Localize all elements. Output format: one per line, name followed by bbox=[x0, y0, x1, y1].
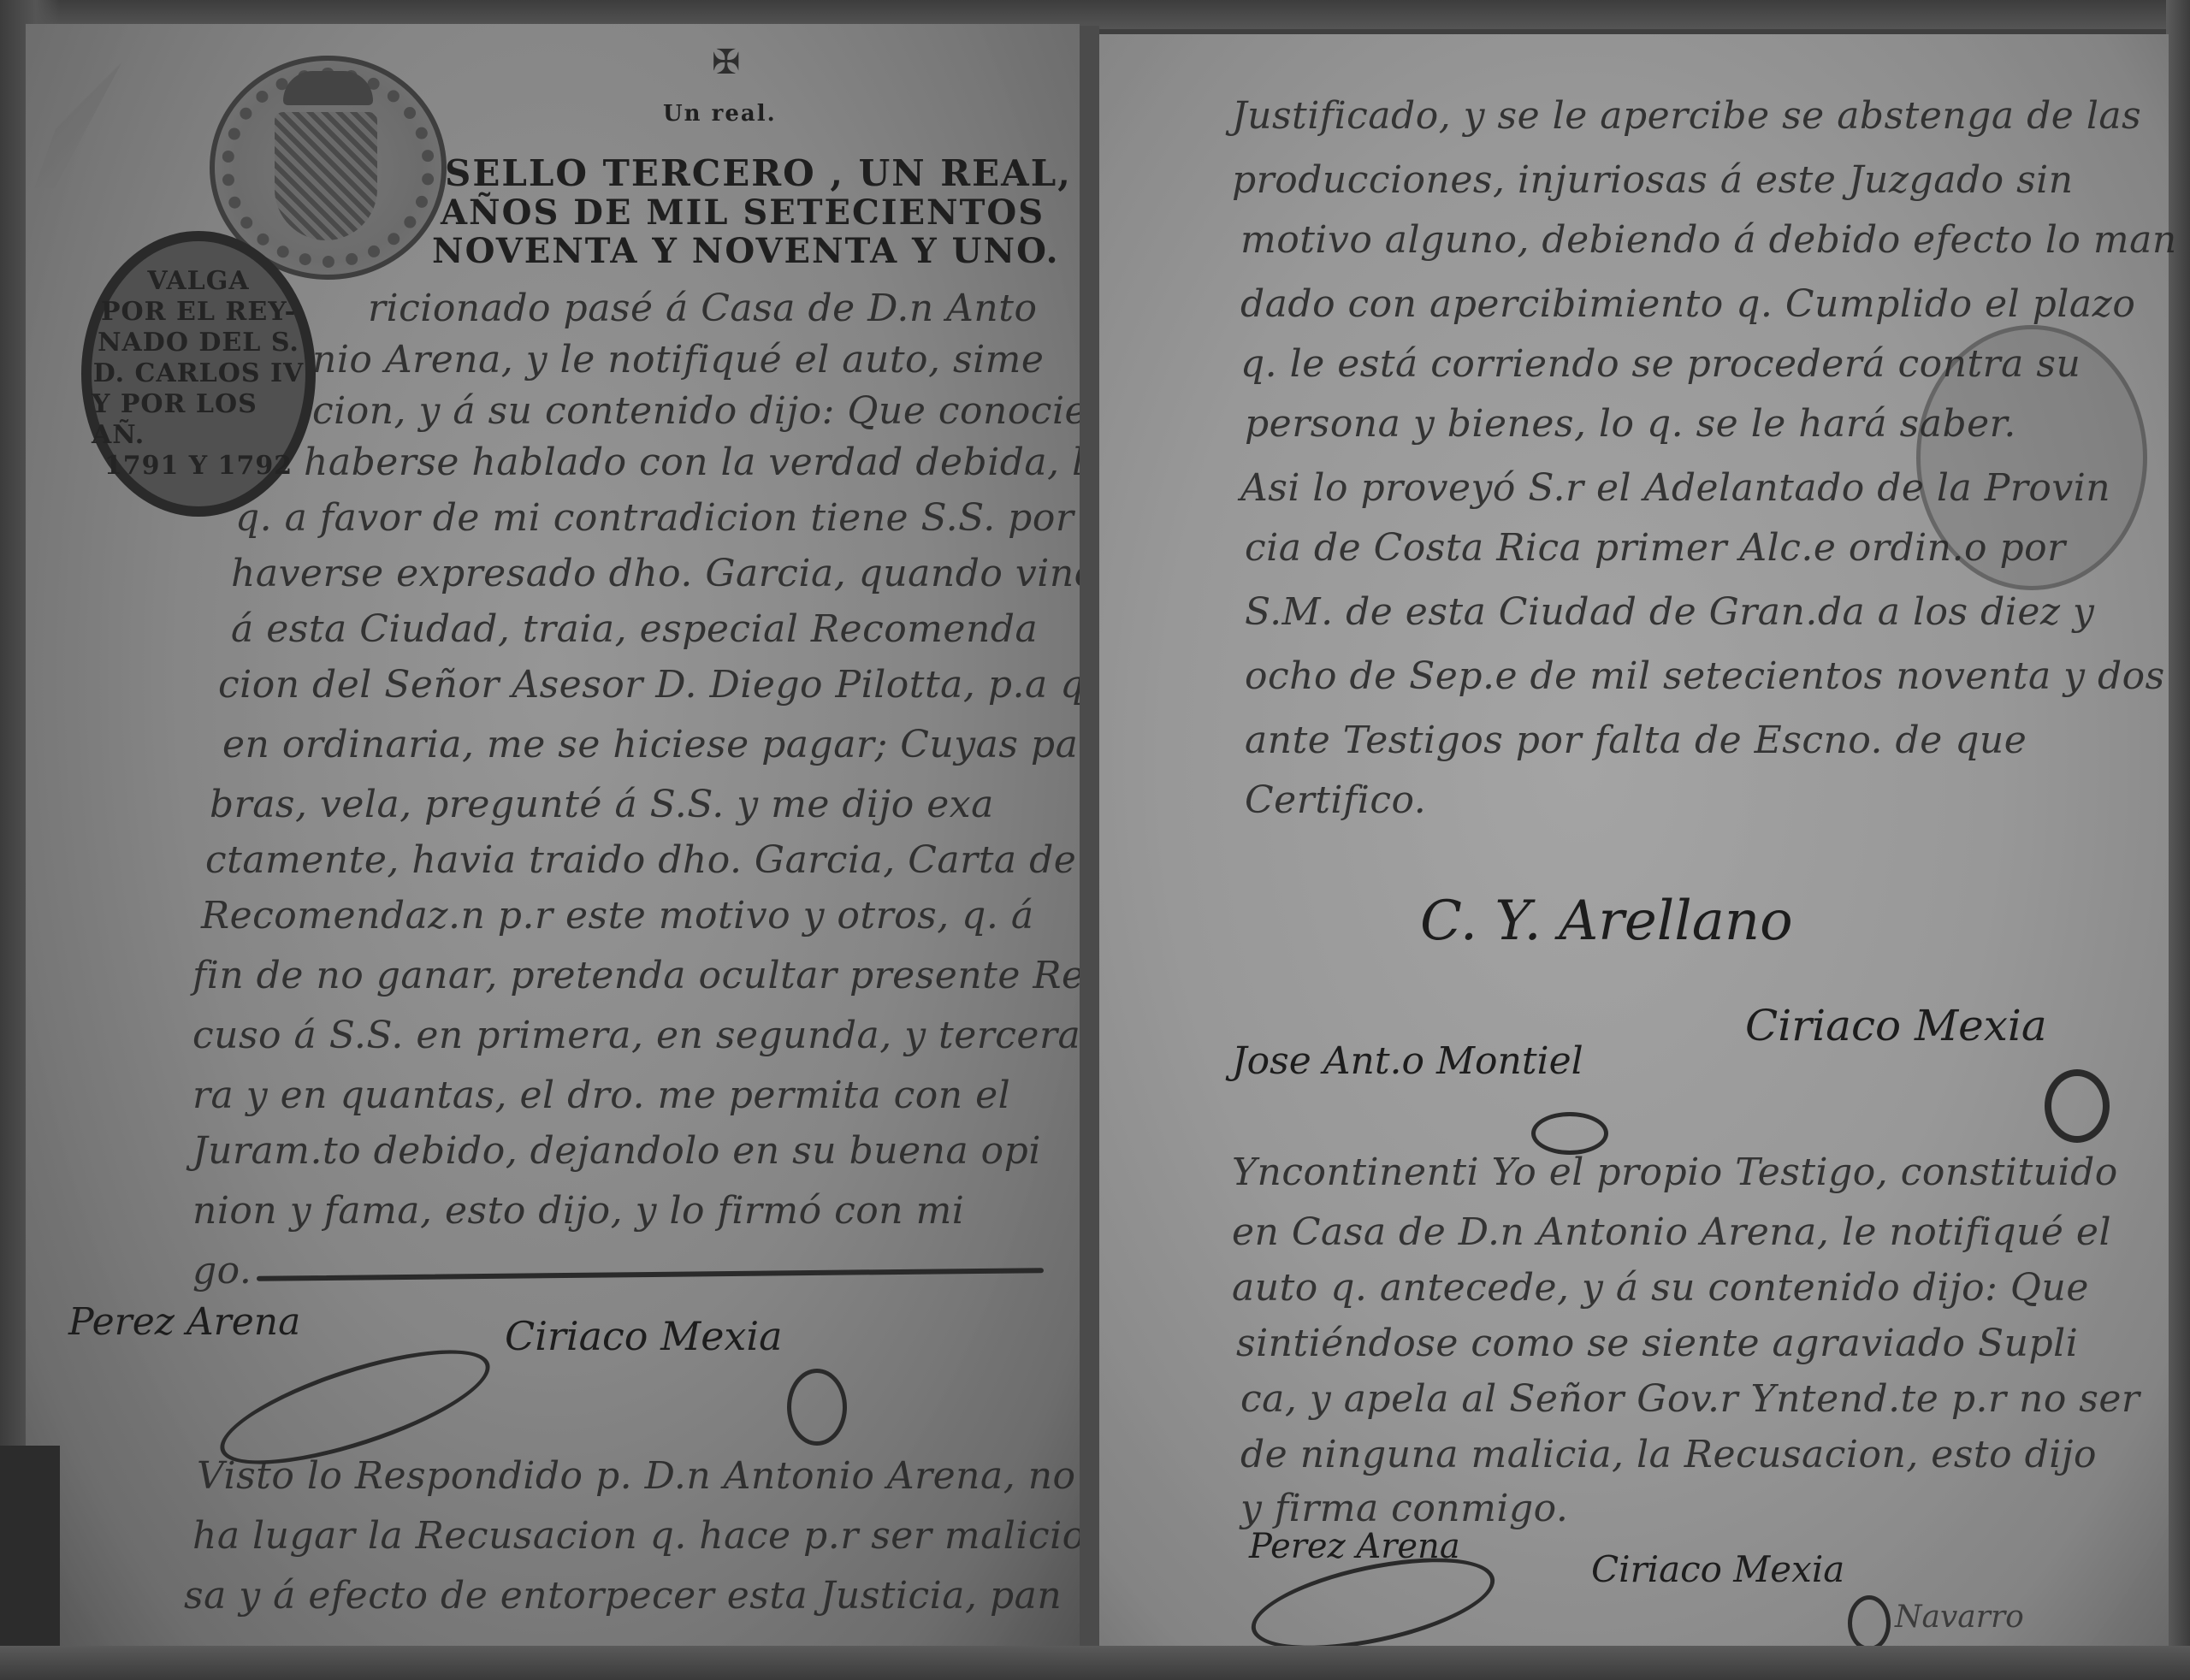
manuscript-line: ra y en quantas, el dro. me permita con … bbox=[192, 1074, 1010, 1117]
manuscript-line: ctamente, havia traido dho. Garcia, Cart… bbox=[205, 838, 1076, 882]
manuscript-line: q. a favor de mi contradicion tiene S.S.… bbox=[235, 496, 1074, 540]
auto-line: ha lugar la Recusacion q. hace p.r ser m… bbox=[192, 1514, 1086, 1558]
signature-official: C. Y. Arellano bbox=[1420, 890, 1793, 953]
manuscript-line: fin de no ganar, pretenda ocultar presen… bbox=[192, 954, 1085, 997]
seal-line: NADO DEL S. bbox=[98, 328, 299, 358]
manuscript-line: persona y bienes, lo q. se le hará saber… bbox=[1245, 402, 2016, 446]
rubric-flourish bbox=[787, 1369, 847, 1446]
manuscript-line: ricionado pasé á Casa de D.n Anto bbox=[368, 287, 1037, 330]
manuscript-line: ocho de Sep.e de mil setecientos noventa… bbox=[1245, 654, 2165, 698]
scan-bottom-edge bbox=[0, 1646, 2190, 1680]
manuscript-line: ante Testigos por falta de Escno. de que bbox=[1245, 719, 2027, 762]
auto-line: Visto lo Respondido p. D.n Antonio Arena… bbox=[197, 1454, 1076, 1498]
manuscript-line: cion, y á su contenido dijo: Que conocie… bbox=[312, 389, 1160, 433]
manuscript-line: cuso á S.S. en primera, en segunda, y te… bbox=[192, 1014, 1080, 1057]
signature-witness: Jose Ant.o Montiel bbox=[1232, 1039, 1583, 1083]
crown-icon bbox=[283, 71, 373, 105]
book-gutter bbox=[1080, 26, 1099, 1680]
manuscript-line: Justificado, y se le apercibe se absteng… bbox=[1232, 94, 2141, 138]
rubric-flourish bbox=[2045, 1069, 2110, 1143]
manuscript-line: go. bbox=[192, 1249, 252, 1293]
manuscript-line: Asi lo proveyó S.r el Adelantado de la P… bbox=[1240, 466, 2110, 510]
manuscript-line: bras, vela, pregunté á S.S. y me dijo ex… bbox=[210, 783, 994, 826]
manuscript-line: cia de Costa Rica primer Alc.e ordin.o p… bbox=[1245, 526, 2066, 570]
notification-line: auto q. antecede, y á su contenido dijo:… bbox=[1232, 1266, 2089, 1310]
notification-line: ca, y apela al Señor Gov.r Yntend.te p.r… bbox=[1240, 1377, 2140, 1421]
signature-notary: Ciriaco Mexia bbox=[1745, 1001, 2047, 1050]
manuscript-line: Recomendaz.n p.r este motivo y otros, q.… bbox=[201, 894, 1034, 938]
auto-line: sa y á efecto de entorpecer esta Justici… bbox=[184, 1574, 1062, 1618]
signature-witness: Perez Arena bbox=[68, 1300, 300, 1344]
manuscript-line: cion del Señor Asesor D. Diego Pilotta, … bbox=[218, 663, 1132, 707]
seal-line: POR EL REY- bbox=[101, 297, 296, 328]
signature-notary: Ciriaco Mexia bbox=[505, 1313, 783, 1359]
manuscript-line: á esta Ciudad, traia, especial Recomenda bbox=[231, 607, 1038, 651]
cross-ornament-icon: ✠ bbox=[712, 43, 741, 82]
seal-line: Y POR LOS AÑ. bbox=[92, 389, 305, 451]
notification-line: Yncontinenti Yo el propio Testigo, const… bbox=[1232, 1151, 2118, 1194]
manuscript-line: motivo alguno, debiendo á debido efecto … bbox=[1240, 218, 2177, 262]
manuscript-line: Certifico. bbox=[1245, 778, 1426, 822]
notification-line: en Casa de D.n Antonio Arena, le notifiq… bbox=[1232, 1210, 2111, 1254]
seal-line: D. CARLOS IV bbox=[93, 358, 305, 389]
stamp-denomination: Un real. bbox=[663, 101, 777, 127]
coat-of-arms-icon bbox=[275, 112, 377, 240]
manuscript-line: q. le está corriendo se procederá contra… bbox=[1240, 342, 2080, 386]
revalidation-seal: VALGA POR EL REY- NADO DEL S. D. CARLOS … bbox=[81, 231, 316, 517]
manuscript-line: en ordinaria, me se hiciese pagar; Cuyas… bbox=[222, 723, 1114, 766]
scan-corner-shadow bbox=[0, 1446, 60, 1668]
signature-witness: Navarro bbox=[1895, 1600, 2024, 1635]
stamp-header-line: NOVENTA Y NOVENTA Y UNO. bbox=[432, 231, 1060, 271]
notification-line: de ninguna malicia, la Recusacion, esto … bbox=[1240, 1433, 2097, 1476]
seal-line: VALGA bbox=[147, 266, 249, 297]
notification-line: sintiéndose como se siente agraviado Sup… bbox=[1236, 1322, 2078, 1365]
rubric-flourish bbox=[1531, 1112, 1608, 1155]
seal-line: 1791 Y 1792 bbox=[104, 451, 293, 482]
signature-notary: Ciriaco Mexia bbox=[1591, 1548, 1844, 1590]
manuscript-line: S.M. de esta Ciudad de Gran.da a los die… bbox=[1245, 590, 2094, 634]
notification-line: y firma conmigo. bbox=[1240, 1487, 1568, 1530]
manuscript-line: producciones, injuriosas á este Juzgado … bbox=[1232, 158, 2074, 202]
stamp-header-line: SELLO TERCERO , UN REAL, bbox=[445, 152, 1072, 194]
manuscript-line: nion y fama, esto dijo, y lo firmó con m… bbox=[192, 1189, 964, 1233]
manuscript-line: dado con apercibimiento q. Cumplido el p… bbox=[1240, 282, 2135, 326]
manuscript-line: Juram.to debido, dejandolo en su buena o… bbox=[192, 1129, 1041, 1173]
stamp-header-line: AÑOS DE MIL SETECIENTOS bbox=[441, 192, 1045, 233]
manuscript-line: haverse expresado dho. Garcia, quando vi… bbox=[231, 552, 1098, 595]
manuscript-line: nio Arena, y le notifiqué el auto, sime bbox=[312, 338, 1044, 382]
rubric-flourish bbox=[1848, 1595, 1891, 1651]
